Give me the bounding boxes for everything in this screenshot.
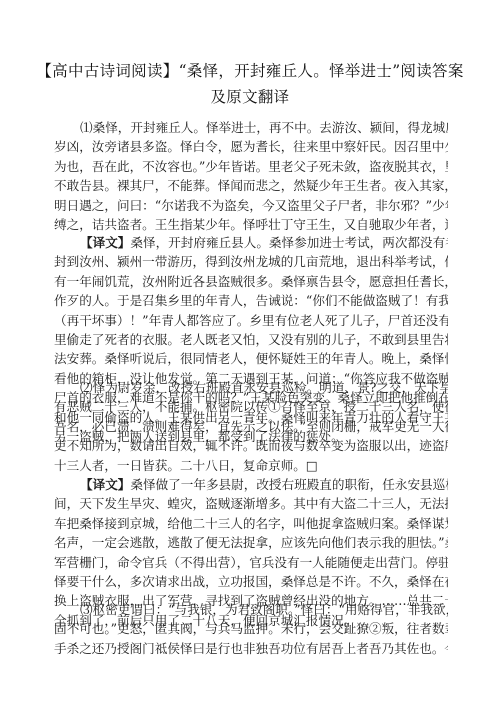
text-line: 手杀之还乃授阁门祗侯怿曰是行也非独吾功位有居吾上者吾乃其佐也。今彼留而我还，我赏…	[54, 639, 448, 658]
text-line: 有一年闹饥荒，汝州附近各县盗贼很多。桑怿禀告县令，愿意担任耆长，巡察乡里，辨别为…	[54, 272, 448, 291]
text-line: 法安葬。桑怿听说后，很同情老人，便怀疑姓王的年青人。晚上，桑怿悄悄进入王某家里，…	[54, 349, 448, 368]
text-line-content: 桑怿做了一年多县尉，改授右班殿直的职衔，任永安县巡检。宋仁宗明道、景?年	[130, 477, 448, 492]
translation-tag: 【译文】	[80, 235, 130, 250]
text-line: 里偷走了死者的衣服。老人既老又怕，又没有别的儿子，不敢到县里告状。尸首赤身裸体，…	[54, 330, 448, 349]
paragraph-original-2: ⑵怿为尉岁余，改授右班殿直永安县巡检。明道、景?之交，天下旱蝗，盗贼稍稍起。其间…	[54, 378, 448, 475]
text-line: 固不可也。”吏怒，匿其阀，与兵马监押。未行，会交趾獠②叛，往者数辈不能定因命怿往…	[54, 619, 448, 638]
title-line-1: 【高中古诗词阅读】“桑怿，开封雍丘人。怿举进士”阅读答案	[0, 58, 500, 84]
text-line: 不敢告县。裸其尸，不能葬。怿闻而悲之，然疑少年王生者。夜入其家，探其箧，不使之知…	[54, 176, 448, 195]
text-line-content: 桑怿，开封府雍丘县人。桑怿参加进士考试，两次都没有考中。（于是）离开开	[130, 235, 448, 250]
document-page: 【高中古诗词阅读】“桑怿，开封雍丘人。怿举进士”阅读答案 及原文翻译 ⑴桑怿，开…	[0, 0, 500, 707]
translation-tag: 【译文】	[80, 477, 130, 492]
text-line: 【译文】桑怿做了一年多县尉，改授右班殿直的职衔，任永安县巡检。宋仁宗明道、景?年	[54, 475, 448, 494]
text-line: 间，天下发生旱灾、蝗灾，盗贼逐渐增多。其中有大盗二十三人，无法捕捉。枢密院派驿站…	[54, 494, 448, 513]
paragraph-original-1: ⑴桑怿，开封雍丘人。怿举进士，再不中。去游汝、颍间，得龙城废田数顷，退而力耕。 …	[54, 118, 448, 234]
text-line: 吏不知所为，数请出自效，辄不许。既而夜与数卒变为盗服以出，迹盗所尝行处。……盗凡…	[54, 436, 448, 455]
text-line: 吾名，必已溃，溃则难得矣，宜先示之以怯。”至则闭栅，戒军吏无一人得辄出，居数日，…	[54, 417, 448, 436]
title-line-2: 及原文翻译	[0, 84, 500, 110]
text-line: 封到汝州、颍州一带游历，得到汝州龙城的几亩荒地，退出科举考试，依靠体力，耕种庄稼…	[54, 252, 448, 271]
text-line: ⑶枢密吏谓曰：“与我银，为君致阁职。”怿曰：“用赂得官，非我欲，况贫无银；有，	[54, 600, 448, 619]
text-line: ⑴桑怿，开封雍丘人。怿举进士，再不中。去游汝、颍间，得龙城废田数顷，退而力耕。	[54, 118, 448, 137]
document-title: 【高中古诗词阅读】“桑怿，开封雍丘人。怿举进士”阅读答案 及原文翻译	[0, 58, 500, 110]
paragraph-original-3: ⑶枢密吏谓曰：“与我银，为君致阁职。”怿曰：“用赂得官，非我欲，况贫无银；有， …	[54, 600, 448, 658]
text-line: （再干坏事）！”年青人都答应了。乡里有位老人死了儿子，尸首还没有装进棺材，盗贼在…	[54, 311, 448, 330]
text-line: 有恶贼二十三人，不能捕。枢密院以传①召怿至京，授二十三人名，使往捕。怿谋曰：“盗…	[54, 397, 448, 416]
text-line: 名声，一定会逃散，逃散了便无法捉拿，应该先向他们表示我的胆怯。”桑怿到驻地后，关…	[54, 533, 448, 552]
text-line: 【译文】桑怿，开封府雍丘县人。桑怿参加进士考试，两次都没有考中。（于是）离开开	[54, 233, 448, 252]
text-line: 明日遇之，问曰：“尔诺我不为盗矣，今又盗里父子尸者，非尔邪？”少年色动。即推仆地…	[54, 196, 448, 215]
text-line: 十三人者，一日皆获。二十八日，复命京师。□	[54, 456, 448, 475]
text-line: 为也，吾在此，不汝容也。”少年皆诺。里老父子死未敛，盗夜脱其衣，里父老怯，无他子…	[54, 157, 448, 176]
text-line: ⑵怿为尉岁余，改授右班殿直永安县巡检。明道、景?之交，天下旱蝗，盗贼稍稍起。其间	[54, 378, 448, 397]
text-line: 车把桑怿接到京城，给他二十三人的名字，叫他捉拿盗贼归案。桑怿谋划道：“盗贼害怕我…	[54, 514, 448, 533]
text-line: 作歹的人。于是召集乡里的年青人，告诫说：“你们不能做盗贼了！有我在这里，不容许你…	[54, 291, 448, 310]
text-line: 岁凶，汝旁诸县多盗。怿白令，愿为耆长，往来里中察奸民。因召里中少年，戒曰：“盗不…	[54, 137, 448, 156]
text-line: 军营栅门，命令官兵（不得出营），官兵没有一人能随便走出营门。停驻了几天，官兵不知…	[54, 553, 448, 572]
text-line: 缚之，诘共盗者。王生指某少年。怿呼壮丁守王生，又自驰取少年者，送县，皆伏法。	[54, 215, 448, 234]
text-line: 怿要干什么，多次请求出战，立功报国，桑怿总是不许。不久，桑怿在夜里和几个士兵一起…	[54, 572, 448, 591]
